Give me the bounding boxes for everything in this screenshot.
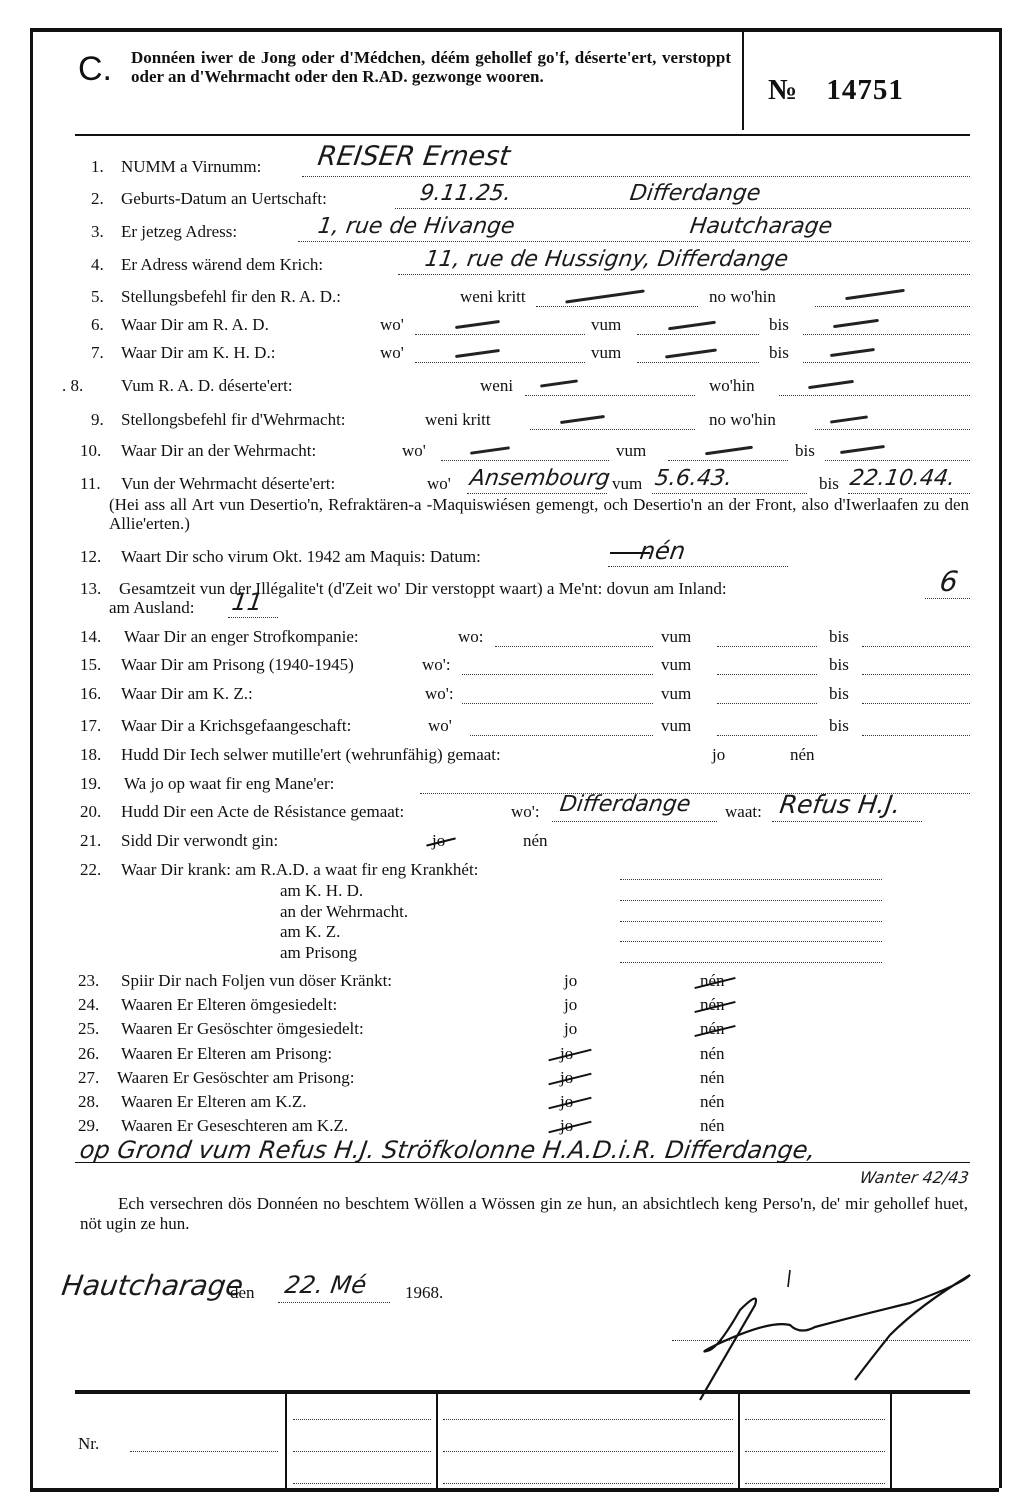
- handwritten-remark-sub[interactable]: Wanter 42/43: [859, 1168, 970, 1187]
- option-jo[interactable]: jo: [712, 745, 725, 765]
- birth-date-value[interactable]: 9.11.25.: [418, 181, 512, 206]
- maquis-date-value[interactable]: nén: [638, 537, 687, 565]
- field-4-label: Er Adress wärend dem Krich:: [121, 255, 323, 275]
- field-1-label: NUMM a Virnumm:: [121, 157, 261, 177]
- header-vertical-divider: [742, 32, 744, 130]
- birth-place-value[interactable]: Differdange: [628, 181, 762, 206]
- number-symbol: №: [768, 74, 798, 106]
- footer-divider: [75, 1390, 970, 1394]
- option-nen[interactable]: nén: [700, 1068, 725, 1088]
- remark-underline: [75, 1162, 970, 1163]
- option-jo[interactable]: jo: [564, 971, 577, 991]
- field-3-label: Er jetzeg Adress:: [121, 222, 237, 242]
- current-town-value[interactable]: Hautcharage: [688, 214, 834, 239]
- option-jo[interactable]: jo: [564, 1019, 577, 1039]
- top-border: [30, 28, 999, 32]
- resistance-place-value[interactable]: Differdange: [558, 792, 692, 817]
- bottom-border: [30, 1488, 999, 1492]
- signing-day-month-value[interactable]: 22. Mé: [283, 1271, 368, 1299]
- desertion-to-value[interactable]: 22.10.44.: [848, 466, 956, 491]
- resistance-act-value[interactable]: Refus H.J.: [778, 790, 903, 819]
- handwritten-remark[interactable]: op Grond vum Refus H.J. Ströfkolonne H.A…: [78, 1136, 817, 1164]
- desertion-place-value[interactable]: Ansembourg: [468, 466, 611, 491]
- form-number: № 14751: [768, 74, 904, 107]
- option-jo[interactable]: jo: [564, 995, 577, 1015]
- desertion-from-value[interactable]: 5.6.43.: [653, 466, 733, 491]
- field-2-label: Geburts-Datum an Uertschaft:: [121, 189, 327, 209]
- form-title: Donnéen iwer de Jong oder d'Médchen, déé…: [131, 48, 731, 86]
- wartime-address-value[interactable]: 11, rue de Hussigny, Differdange: [423, 247, 790, 272]
- option-nen[interactable]: nén: [700, 1044, 725, 1064]
- ausland-months-value[interactable]: 11: [230, 588, 264, 616]
- option-nen[interactable]: nén: [700, 1092, 725, 1112]
- field-11-note: (Hei ass all Art vun Desertio'n, Refrakt…: [109, 495, 969, 533]
- option-nen[interactable]: nén: [790, 745, 815, 765]
- option-nen[interactable]: nén: [700, 1116, 725, 1136]
- current-street-value[interactable]: 1, rue de Hivange: [316, 214, 516, 239]
- name-value[interactable]: REISER Ernest: [316, 141, 512, 172]
- form-number-value: 14751: [826, 74, 904, 106]
- section-letter: C.: [78, 50, 112, 89]
- option-nen[interactable]: nén: [523, 831, 548, 851]
- signing-place-value[interactable]: Hautcharage: [60, 1269, 246, 1302]
- header-divider: [75, 134, 970, 136]
- declaration-text: Ech versechren dös Donnéen no beschtem W…: [80, 1194, 968, 1234]
- signature[interactable]: [640, 1265, 980, 1405]
